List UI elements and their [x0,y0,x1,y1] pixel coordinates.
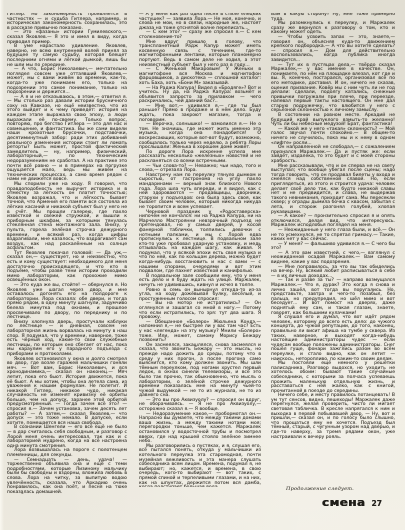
paragraph: — Чтобы усвоить запах — это, знаете,— го… [271,36,395,64]
paragraph: — Так и разве за ты? — направо возмущалс… [271,279,395,316]
paragraph: В сознании Шенгели — его всё ещё не было… [7,426,127,449]
paragraph: Ничего себе, и месту правилось потанцева… [271,394,395,440]
scan-edge [0,0,4,530]
paragraph: Мы разговорились о пустяках, и я, слушая… [139,445,261,487]
paragraph: Черновой праздник у «Родоставерска» нипо… [139,211,261,275]
paragraph: — Это вы про Аквизуолу? — спросил он вдр… [139,399,261,413]
continuation-notice: Продолжение следует. [271,486,395,492]
paragraph: Яковлев остановился у окна и долго смотр… [7,358,127,427]
paragraph: Навстречу нам по переулку тянуло дымком … [139,174,261,211]
paragraph: Тут Яковлев покачал головой: — Да уж,— с… [7,252,127,284]
paragraph: — Тут их в пустяцах дела,— твёрдо сказал… [271,64,395,115]
paragraph: Внизу хлопнула дверь, простучали каблуки… [7,321,127,358]
paragraph: Мы разомкнулись к переулку, и Маржалек с… [271,22,395,36]
paragraph: — Вы на мотор не истратились? — Он оглян… [139,302,261,320]
paragraph: По дороге Лора искренне успела мне расск… [139,151,261,165]
text-column-1: Гитлер. Но закономерность проявляется в … [7,13,127,494]
paragraph: В уме нарастало удивление. Яковлев, наве… [7,45,127,68]
paragraph: — Это куда же вы, стойте! — обернулся я.… [7,284,127,321]
paragraph: В подвальном зале сообщили ему, что у ме… [139,275,261,289]
paragraph: — А я и не отказываюсь, в этом,— ответил… [7,96,127,183]
footer-logo-row: смена 27 [322,495,396,511]
paragraph: — А какое? — пронзительно спросил я и оп… [271,215,395,229]
paragraph: — А это вам известней, с чего,— взглянул… [271,252,395,266]
paragraph: В состоянии на ровном месте. Аркадий не … [271,114,395,128]
paragraph: — Какой же у него «такая» склонность? — … [271,128,395,146]
paragraph: — Обещанное «Болеро» Жюльена Кондэ,— нап… [139,321,261,344]
paragraph: Я слушал его и думал, что вот идёт рядом… [271,316,395,362]
paragraph: — А у меня как раз одна песня в стиле ел… [139,13,261,31]
page-number: 27 [371,497,381,511]
paragraph: — А что, Борис Николаевич,— мечтательно … [7,68,127,96]
paragraph: Он направленной не слободал,— с сожалени… [271,146,395,164]
paragraph: — С Женькой Макаровым! У Женьки в магнит… [139,68,261,86]
paragraph: — Мне вот,— удивился я,— где ты был рань… [139,105,261,123]
paragraph: — Недоразумение какое,— пробормотал он.—… [139,413,261,445]
paragraph: Мы спорили уже на ходу. Я говорил, что п… [7,183,127,252]
paragraph: Он засмеялся, закашлялся, снова засмеялс… [139,344,261,399]
paragraph: — Верочка, солнышко! — взмолился я.— Не … [139,123,261,151]
paragraph: Мы постояли ещё немного у решётки палиса… [271,362,395,394]
magazine-page: Гитлер. Но закономерность проявляется в … [0,0,405,530]
paragraph: — На Раджа Капура! Видел в «Бродяге»? Во… [139,87,261,105]
paragraph: — Неожиданные у него глаза были, и всё.—… [271,229,395,243]
text-column-3: Вам в какую сторону? Ну, мне тоже пример… [271,13,395,478]
paragraph: Мне вдруг пришло в голову, что трансплан… [139,41,261,69]
magazine-logo: смена [322,496,365,509]
paragraph: — Семнадцать — день, удача! — торжествен… [7,459,127,494]
paragraph: Гитлер. Но закономерность проявляется в … [7,13,127,31]
paragraph: Мне рассказывали, что и он сперва не на … [271,165,395,216]
text-column-2: — А у меня как раз одна песня в стиле ел… [139,13,261,487]
